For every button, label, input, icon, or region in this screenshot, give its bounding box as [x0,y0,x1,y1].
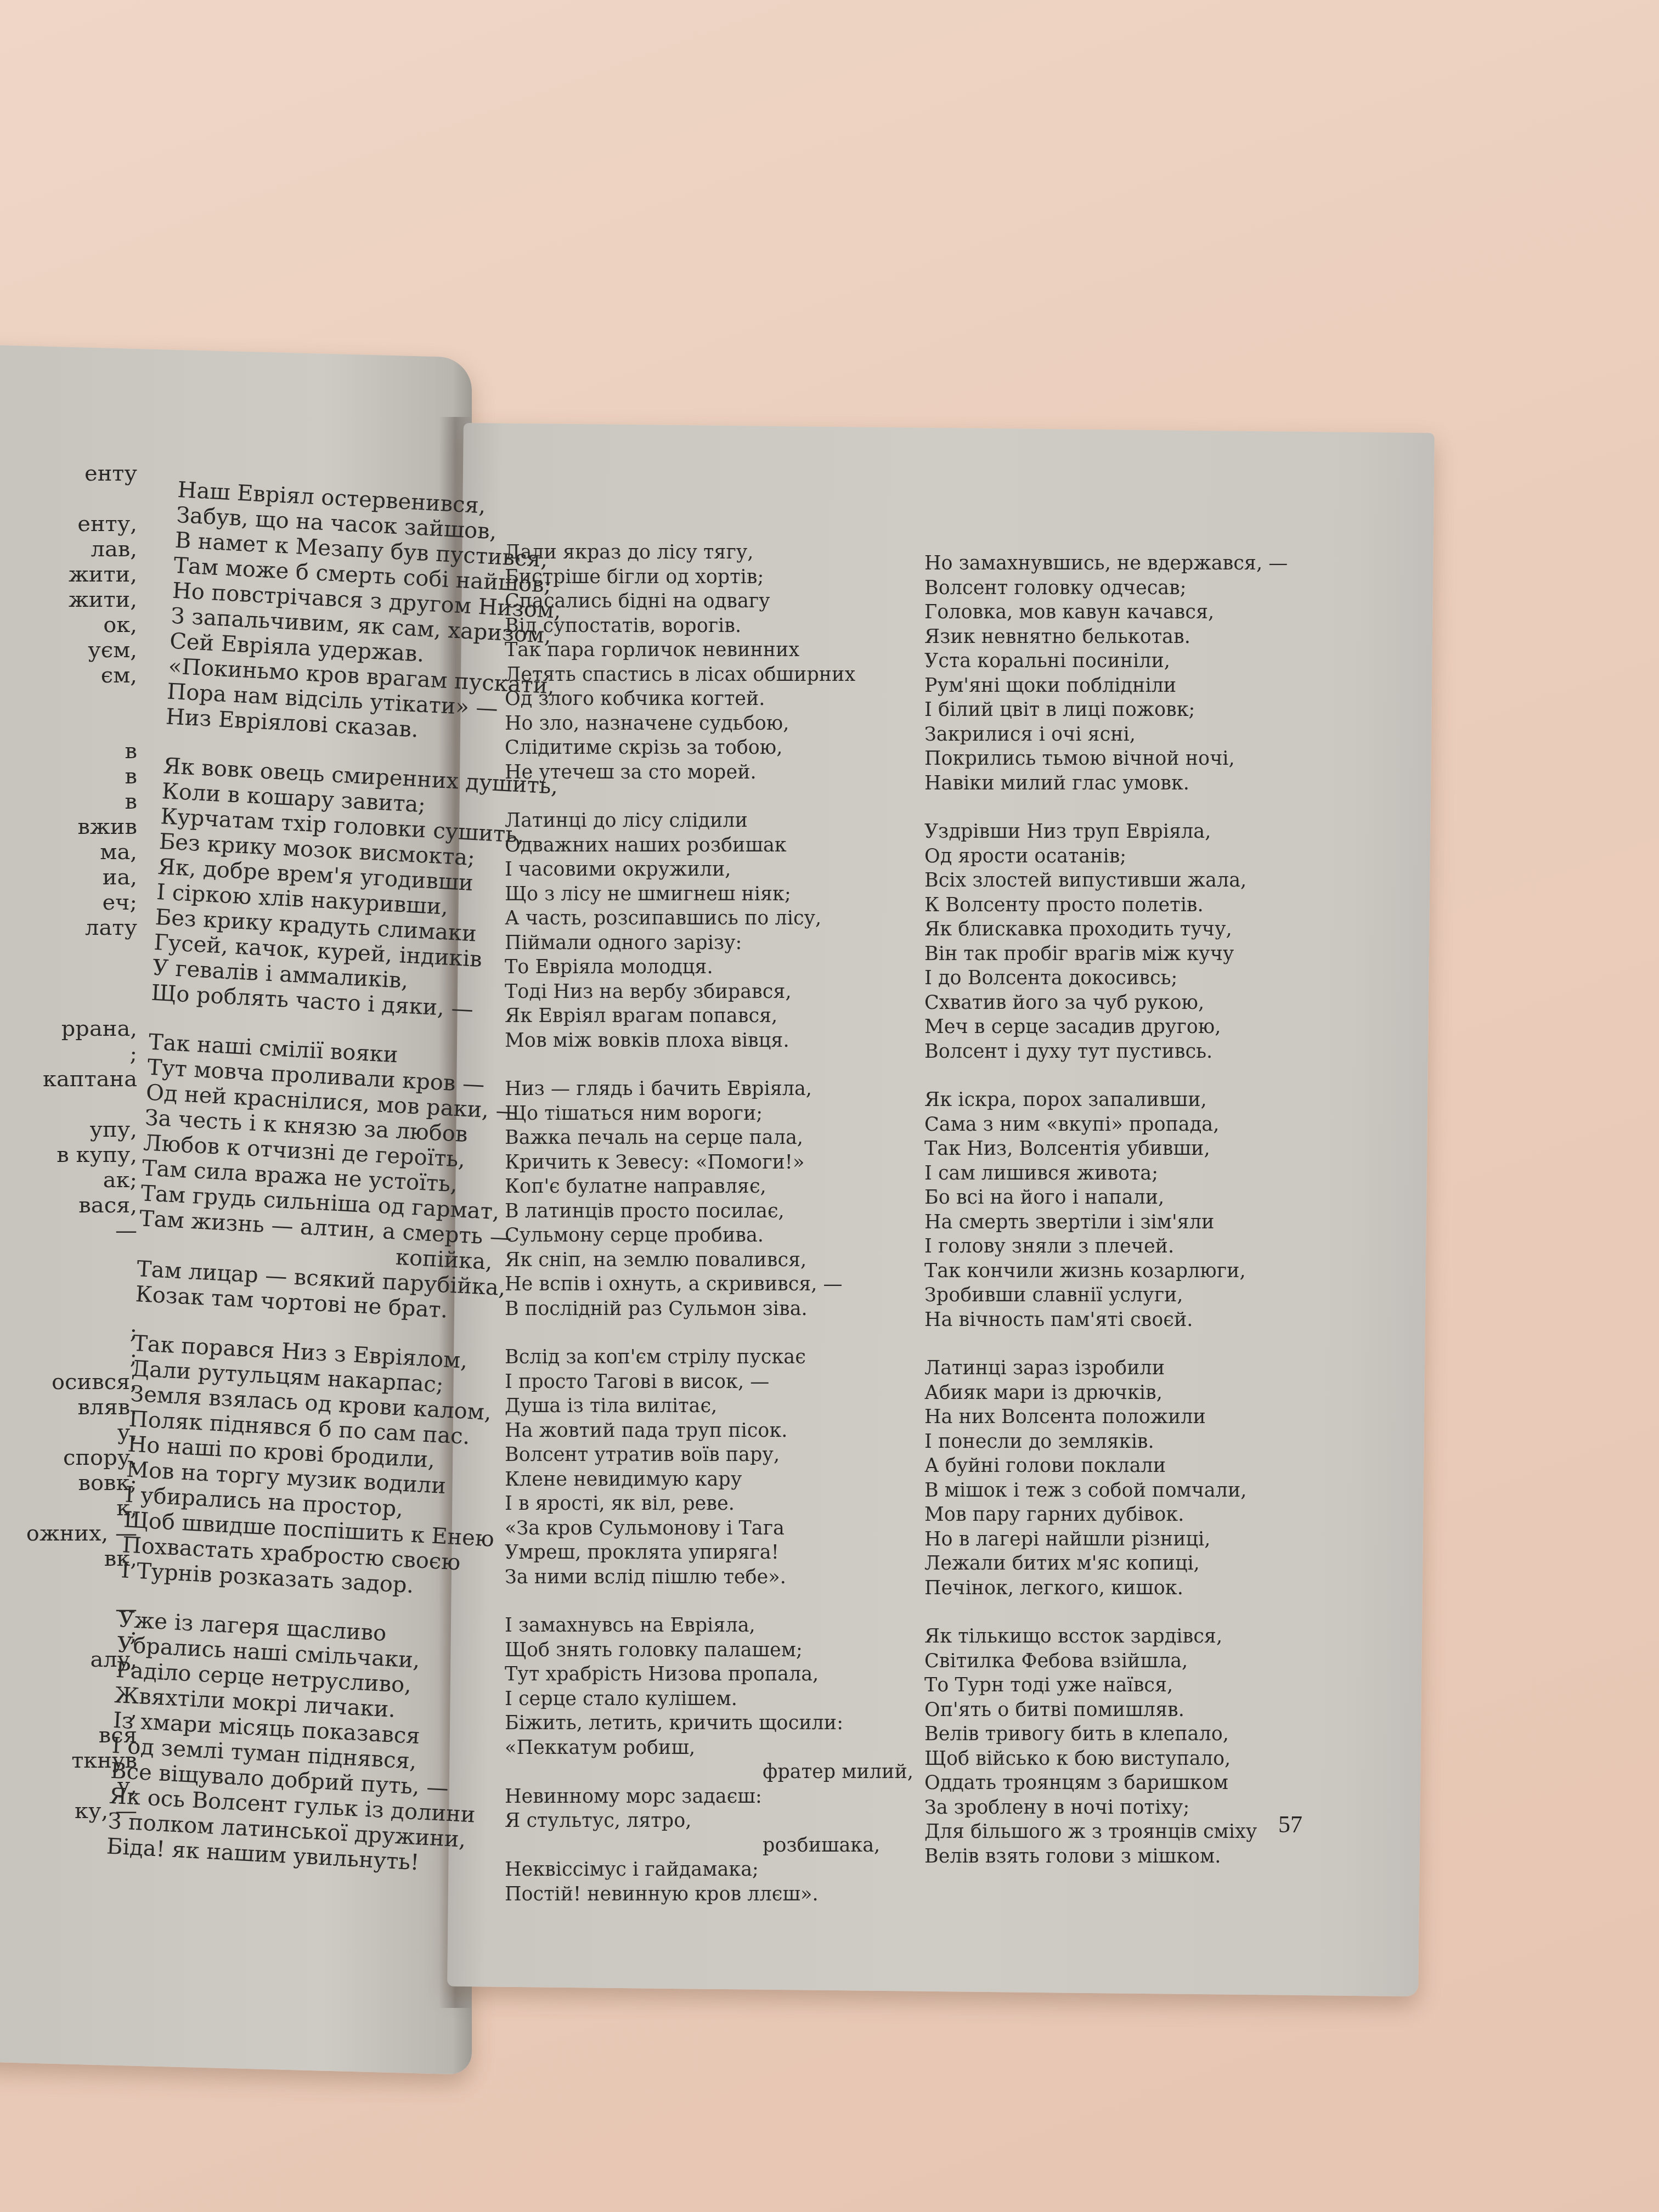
verse-line: І голову зняли з плечей. [924,1234,1288,1259]
verse-line: Од ярости осатанів; [924,844,1288,869]
verse-line: К Волсенту просто полетів. [924,893,1288,918]
verse-line: Бо всі на його і напали, [924,1186,1288,1210]
verse-line: Сама з ним «вкупі» пропада, [924,1113,1288,1137]
verse-line: Абияк мари із дрючків, [924,1381,1288,1406]
verse-line: Душа із тіла вилітає, [505,1394,913,1419]
verse-line: На них Волсента положили [924,1405,1288,1430]
verse-line: Печінок, легкого, кишок. [924,1576,1288,1601]
verse-line: Одважних наших розбишак [505,833,913,858]
verse-line-fragment: ; [0,1041,137,1066]
verse-line-fragment: вася, [0,1193,137,1218]
verse-line: Невинному морс задаєш: [505,1785,913,1809]
verse-line: фратер милий, [505,1760,913,1785]
verse-line-fragment: ; [0,1622,137,1647]
verse-line-fragment: вовк; [0,1470,137,1496]
verse-line-fragment [0,486,137,511]
verse-line-fragment: к, [0,1496,137,1521]
verse-line: Летять спастись в лісах обширних [505,663,913,687]
verse-line: Меч в серце засадив другою, [924,1015,1288,1040]
verse-line: Як Евріял врагам попався, [505,1004,913,1029]
verse-line-fragment [0,1294,137,1319]
verse-line-fragment: ма, [0,839,137,865]
verse-line: Як блискавка проходить тучу, [924,917,1288,942]
verse-line-fragment: ; [0,1319,137,1344]
verse-line: Бистріше бігли од хортів; [505,565,913,590]
verse-line-fragment: — [0,1596,137,1622]
verse-line-fragment: вк, [0,1546,137,1571]
verse-line: Щоб військо к бою виступало, [924,1747,1288,1771]
right-page-column-1: Дали якраз до лісу тягу,Бистріше бігли о… [505,540,913,1931]
verse-line-fragment [0,713,137,738]
verse-line: Латинці зараз ізробили [924,1356,1288,1381]
page-number: 57 [1278,1810,1302,1838]
stanza: Дали якраз до лісу тягу,Бистріше бігли о… [505,540,913,785]
verse-line: Він так пробіг врагів між кучу [924,942,1288,967]
stanza: Як вовк овець смиренних душить,Коли в ко… [151,753,559,1026]
verse-line-fragment: в [0,789,137,814]
verse-line-fragment [0,1092,137,1117]
verse-line: І сам лишився живота; [924,1161,1288,1186]
verse-line-fragment [0,1268,137,1294]
verse-line: Латинці до лісу слідили [505,809,913,833]
verse-line: Волсент головку одчесав; [924,576,1288,601]
verse-line: Спасались бідні на одвагу [505,589,913,614]
verse-line: Щоб знять головку палашем; [505,1638,913,1663]
verse-line: Біжить, летить, кричить щосили: [505,1711,913,1736]
verse-line: В латинців просто посилає, [505,1199,913,1224]
verse-line: Як сніп, на землю повалився, [505,1248,913,1273]
stanza: Латинці зараз ізробилиАбияк мари із дрюч… [924,1356,1288,1600]
verse-line: Неквіссімус і гайдамака; [505,1858,913,1882]
verse-line: Покрились тьмою вічной ночі, [924,747,1288,771]
verse-line: Волсент і духу тут пустивсь. [924,1040,1288,1064]
verse-line: Як іскра, порох запаливши, [924,1088,1288,1113]
verse-line: Кричить к Зевесу: «Помоги!» [505,1150,913,1175]
verse-line-fragment: осився, [0,1369,137,1395]
verse-line: Від супостатів, ворогів. [505,614,913,639]
verse-line-fragment [0,940,137,966]
verse-line-fragment: — [0,1218,137,1243]
verse-line: Постій! невинную кров ллєш». [505,1882,913,1907]
verse-line: Схватив його за чуб рукою, [924,991,1288,1015]
verse-line: Дали якраз до лісу тягу, [505,540,913,565]
verse-line: «Пеккатум робиш, [505,1736,913,1760]
verse-line: Од злого кобчика когтей. [505,687,913,712]
verse-line: «За кров Сульмонову і Тага [505,1516,913,1541]
verse-line: Вслід за коп'єм стрілу пускає [505,1345,913,1370]
verse-line: Оп'ять о битві помишляв. [924,1698,1288,1723]
verse-line-fragment: вжив [0,814,137,839]
verse-line: На жовтий пада труп пісок. [505,1419,913,1443]
verse-line: І понесли до земляків. [924,1430,1288,1454]
verse-line-fragment: ок, [0,612,137,637]
stanza: Латинці до лісу слідилиОдважних наших ро… [505,809,913,1053]
verse-line: Велів тривогу бить в клепало, [924,1722,1288,1747]
verse-line: Рум'яні щоки поблідніли [924,674,1288,698]
verse-line-fragment: єм, [0,663,137,688]
verse-line-fragment [0,1243,137,1268]
stanza: Як іскра, порох запаливши,Сама з ним «вк… [924,1088,1288,1332]
verse-line: Но замахнувшись, не вдержався, — [924,551,1288,576]
verse-line: Так кончили жизнь козарлюги, [924,1259,1288,1284]
verse-line: Умреш, проклята упиряга! [505,1541,913,1565]
verse-line-fragment: уєм, [0,637,137,663]
verse-line: І просто Тагові в висок, — [505,1370,913,1395]
verse-line: Клене невидимую кару [505,1468,913,1492]
stanza: Так наші смілії воякиТут мовча проливали… [135,1030,544,1328]
verse-line: В послідній раз Сульмон зіва. [505,1297,913,1322]
verse-line-fragment: в [0,764,137,789]
stanza: Вслід за коп'єм стрілу пускаєІ просто Та… [505,1345,913,1589]
verse-line: І замахнувсь на Евріяла, [505,1613,913,1638]
verse-line: На вічность пам'яті своєй. [924,1308,1288,1333]
verse-line: На смерть звертіли і зім'яли [924,1210,1288,1235]
verse-line-fragment [0,991,137,1016]
verse-line: Волсент утратив воїв пару, [505,1443,913,1468]
verse-line: І до Волсента докосивсь; [924,966,1288,991]
verse-line-fragment: жити, [0,587,137,612]
verse-line: А буйні голови поклали [924,1454,1288,1479]
right-page-column-2: Но замахнувшись, не вдержався, —Волсент … [924,551,1288,1893]
verse-line-fragment: жити, [0,562,137,587]
verse-line-fragment [0,966,137,991]
stanza: Уже із лагеря щасливоУбрались наші сміль… [106,1607,514,1880]
verse-line: Всіх злостей випустивши жала, [924,868,1288,893]
verse-line: Мов між вовків плоха вівця. [505,1029,913,1053]
stanza: І замахнувсь на Евріяла,Щоб знять головк… [505,1613,913,1906]
verse-line: А часть, розсипавшись по лісу, [505,906,913,931]
verse-line-fragment: лав, [0,537,137,562]
stanza: Уздрівши Низ труп Евріяла,Од ярости осат… [924,820,1288,1064]
left-page-column-1: енту енту,лав,жити,жити,ок,уєм,єм, ввввж… [0,461,137,1824]
verse-line: І в ярості, як віл, реве. [505,1492,913,1516]
verse-line-fragment: ак; [0,1167,137,1193]
verse-line: Що тішаться ним вороги; [505,1102,913,1126]
verse-line: В мішок і теж з собой помчали, [924,1479,1288,1503]
stanza: Но замахнувшись, не вдержався, —Волсент … [924,551,1288,795]
verse-line: Не утечеш за сто морей. [505,760,913,785]
verse-line-fragment: ; [0,1344,137,1369]
verse-line-fragment: ррана, [0,1016,137,1041]
verse-line: За зроблену в ночі потіху; [924,1796,1288,1820]
verse-line: Но зло, назначене судьбою, [505,712,913,736]
verse-line: І серце стало кулішем. [505,1687,913,1712]
verse-line: Мов пару гарних дубівок. [924,1503,1288,1527]
verse-line: розбишака, [505,1833,913,1858]
verse-line: Велів взять голови з мішком. [924,1844,1288,1869]
verse-line: Головка, мов кавун качався, [924,600,1288,625]
verse-line: Так пара горличок невинних [505,638,913,663]
verse-line: Світилка Фебова взійшла, [924,1649,1288,1674]
verse-line-fragment [0,688,137,713]
verse-line: Язик невнятно белькотав. [924,625,1288,650]
verse-line: Важка печаль на серце пала, [505,1126,913,1150]
verse-line: Тут храбрість Низова пропала, [505,1662,913,1687]
verse-line: Я стультус, лятро, [505,1809,913,1833]
verse-line: Закрилися і очі ясні, [924,723,1288,747]
verse-line-fragment: каптана [0,1066,137,1092]
verse-line-fragment: ожних, — [0,1521,137,1546]
verse-line: Для більшого ж з троянців сміху [924,1820,1288,1844]
verse-line: Так Низ, Волсентія убивши, [924,1137,1288,1161]
verse-line-fragment: еч; [0,890,137,915]
stanza: Так порався Низ з Евріялом,Дали рутульця… [120,1331,528,1604]
verse-line: Уздрівши Низ труп Евріяла, [924,820,1288,844]
verse-line: Коп'є булатне направляє, [505,1175,913,1199]
verse-line: Тоді Низ на вербу збирався, [505,980,913,1005]
verse-line: То Турн тоді уже наївся, [924,1673,1288,1698]
verse-line: Низ — глядь і бачить Евріяла, [505,1077,913,1102]
verse-line: Оддать троянцям з баришком [924,1771,1288,1796]
left-page-column-2: Наш Евріял остервенився,Забув, що на час… [105,477,573,1904]
verse-line: Но в лагері найшли різниці, [924,1527,1288,1552]
verse-line-fragment: вляв. [0,1395,137,1420]
verse-line: Що з лісу не шмигнеш ніяк; [505,882,913,907]
verse-line-fragment: енту [0,461,137,486]
verse-line: Не вспів і охнуть, а скривився, — [505,1272,913,1297]
stanza: Низ — глядь і бачить Евріяла,Що тішаться… [505,1077,913,1321]
verse-line: Слідитиме скрізь за тобою, [505,736,913,760]
verse-line: То Евріяла молодця. [505,955,913,980]
verse-line: Лежали битих м'яс копиці, [924,1551,1288,1576]
verse-line-fragment: спору, [0,1445,137,1470]
verse-line: Піймали одного зарізу: [505,931,913,956]
verse-line-fragment: в купу, [0,1142,137,1167]
verse-line: Сульмону серце пробива. [505,1223,913,1248]
verse-line-fragment: упу, [0,1117,137,1142]
verse-line: Як тількищо всcток зардівся, [924,1624,1288,1649]
verse-line-fragment: енту, [0,511,137,537]
verse-line-fragment: у, [0,1420,137,1445]
verse-line-fragment: в [0,738,137,764]
verse-line-fragment [0,1571,137,1596]
verse-line: Навіки милий глас умовк. [924,771,1288,796]
verse-line-fragment: лату [0,915,137,940]
verse-line: І білий цвіт в лиці пожовк; [924,698,1288,723]
verse-line: Зробивши славнії услуги, [924,1283,1288,1308]
verse-line: Уста коральні посиніли, [924,649,1288,674]
verse-line: І часовими окружили, [505,857,913,882]
stanza: Як тількищо всcток зардівся,Світилка Феб… [924,1624,1288,1869]
verse-line-fragment: иа, [0,865,137,890]
verse-line: За ними вслід пішлю тебе». [505,1565,913,1590]
